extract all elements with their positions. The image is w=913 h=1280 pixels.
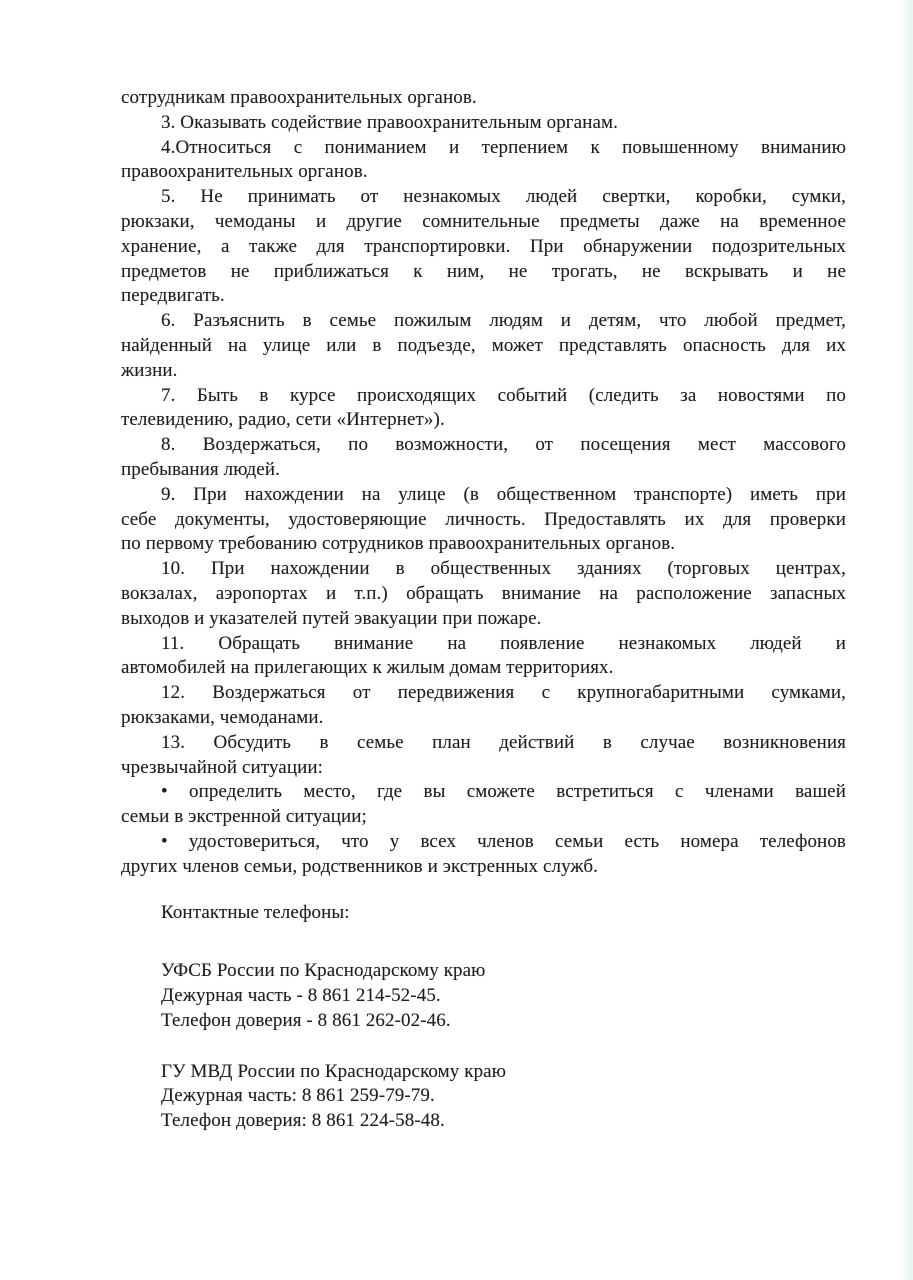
contact-block-mvd: ГУ МВД России по Краснодарскому краюДежу… — [121, 1060, 846, 1134]
section-heading-contacts: Контактные телефоны: — [121, 901, 846, 926]
text-line: рюкзаками, чемоданами. — [121, 706, 846, 731]
text-line: других членов семьи, родственников и экс… — [121, 855, 846, 880]
text-line: 3. Оказывать содействие правоохранительн… — [121, 111, 846, 136]
text-line: себе документы, удостоверяющие личность.… — [121, 508, 846, 533]
text-line: рюкзаки, чемоданы и другие сомнительные … — [121, 210, 846, 235]
text-line: Дежурная часть: 8 861 259-79-79. — [161, 1084, 846, 1109]
text-line: найденный на улице или в подъезде, может… — [121, 334, 846, 359]
text-line: • удостовериться, что у всех членов семь… — [121, 830, 846, 855]
text-line: Телефон доверия - 8 861 262-02-46. — [161, 1009, 846, 1034]
bullet-item-1: • определить место, где вы сможете встре… — [121, 780, 846, 830]
document-page: сотрудникам правоохранительных органов.3… — [0, 0, 913, 1280]
paragraph-item-10: 10. При нахождении в общественных здания… — [121, 557, 846, 631]
paragraph-item-7: 7. Быть в курсе происходящих событий (сл… — [121, 384, 846, 434]
text-line: 9. При нахождении на улице (в общественн… — [121, 483, 846, 508]
paragraph-item-13: 13. Обсудить в семье план действий в слу… — [121, 731, 846, 781]
text-line: 7. Быть в курсе происходящих событий (сл… — [121, 384, 846, 409]
paragraph-item-11: 11. Обращать внимание на появление незна… — [121, 632, 846, 682]
text-line: пребывания людей. — [121, 458, 846, 483]
vertical-space — [121, 880, 846, 901]
text-line: Контактные телефоны: — [121, 901, 846, 926]
vertical-space — [121, 1034, 846, 1060]
text-line: жизни. — [121, 359, 846, 384]
text-line: ГУ МВД России по Краснодарскому краю — [161, 1060, 846, 1085]
paragraph-item-4: 4.Относиться с пониманием и терпением к … — [121, 136, 846, 186]
text-line: УФСБ России по Краснодарскому краю — [161, 959, 846, 984]
paragraph-item-9: 9. При нахождении на улице (в общественн… — [121, 483, 846, 557]
text-line: 4.Относиться с пониманием и терпением к … — [121, 136, 846, 161]
text-line: 12. Воздержаться от передвижения с крупн… — [121, 681, 846, 706]
paragraph-item-5: 5. Не принимать от незнакомых людей свер… — [121, 185, 846, 309]
text-line: 10. При нахождении в общественных здания… — [121, 557, 846, 582]
paragraph-item-8: 8. Воздержаться, по возможности, от посе… — [121, 433, 846, 483]
contact-block-ufsb: УФСБ России по Краснодарскому краюДежурн… — [121, 959, 846, 1033]
text-line: Телефон доверия: 8 861 224-58-48. — [161, 1109, 846, 1134]
bullet-item-2: • удостовериться, что у всех членов семь… — [121, 830, 846, 880]
paragraph-item-3: 3. Оказывать содействие правоохранительн… — [121, 111, 846, 136]
text-line: • определить место, где вы сможете встре… — [121, 780, 846, 805]
text-line: автомобилей на прилегающих к жилым домам… — [121, 656, 846, 681]
text-line: 6. Разъяснить в семье пожилым людям и де… — [121, 309, 846, 334]
text-line: по первому требованию сотрудников правоо… — [121, 532, 846, 557]
text-line: передвигать. — [121, 284, 846, 309]
text-line: вокзалах, аэропортах и т.п.) обращать вн… — [121, 582, 846, 607]
vertical-space — [121, 925, 846, 959]
text-line: правоохранительных органов. — [121, 160, 846, 185]
text-line: 13. Обсудить в семье план действий в слу… — [121, 731, 846, 756]
paragraph-item-6: 6. Разъяснить в семье пожилым людям и де… — [121, 309, 846, 383]
text-line: Дежурная часть - 8 861 214-52-45. — [161, 984, 846, 1009]
text-line: хранение, а также для транспортировки. П… — [121, 235, 846, 260]
text-line: 11. Обращать внимание на появление незна… — [121, 632, 846, 657]
text-line: 5. Не принимать от незнакомых людей свер… — [121, 185, 846, 210]
text-line: предметов не приближаться к ним, не трог… — [121, 260, 846, 285]
text-line: телевидению, радио, сети «Интернет»). — [121, 408, 846, 433]
text-line: 8. Воздержаться, по возможности, от посе… — [121, 433, 846, 458]
text-line: чрезвычайной ситуации: — [121, 756, 846, 781]
document-text-column: сотрудникам правоохранительных органов.3… — [121, 86, 846, 1134]
page-edge-shadow — [899, 0, 913, 1280]
paragraph-item-12: 12. Воздержаться от передвижения с крупн… — [121, 681, 846, 731]
text-line: сотрудникам правоохранительных органов. — [121, 86, 846, 111]
paragraph-continuation: сотрудникам правоохранительных органов. — [121, 86, 846, 111]
text-line: выходов и указателей путей эвакуации при… — [121, 607, 846, 632]
text-line: семьи в экстренной ситуации; — [121, 805, 846, 830]
